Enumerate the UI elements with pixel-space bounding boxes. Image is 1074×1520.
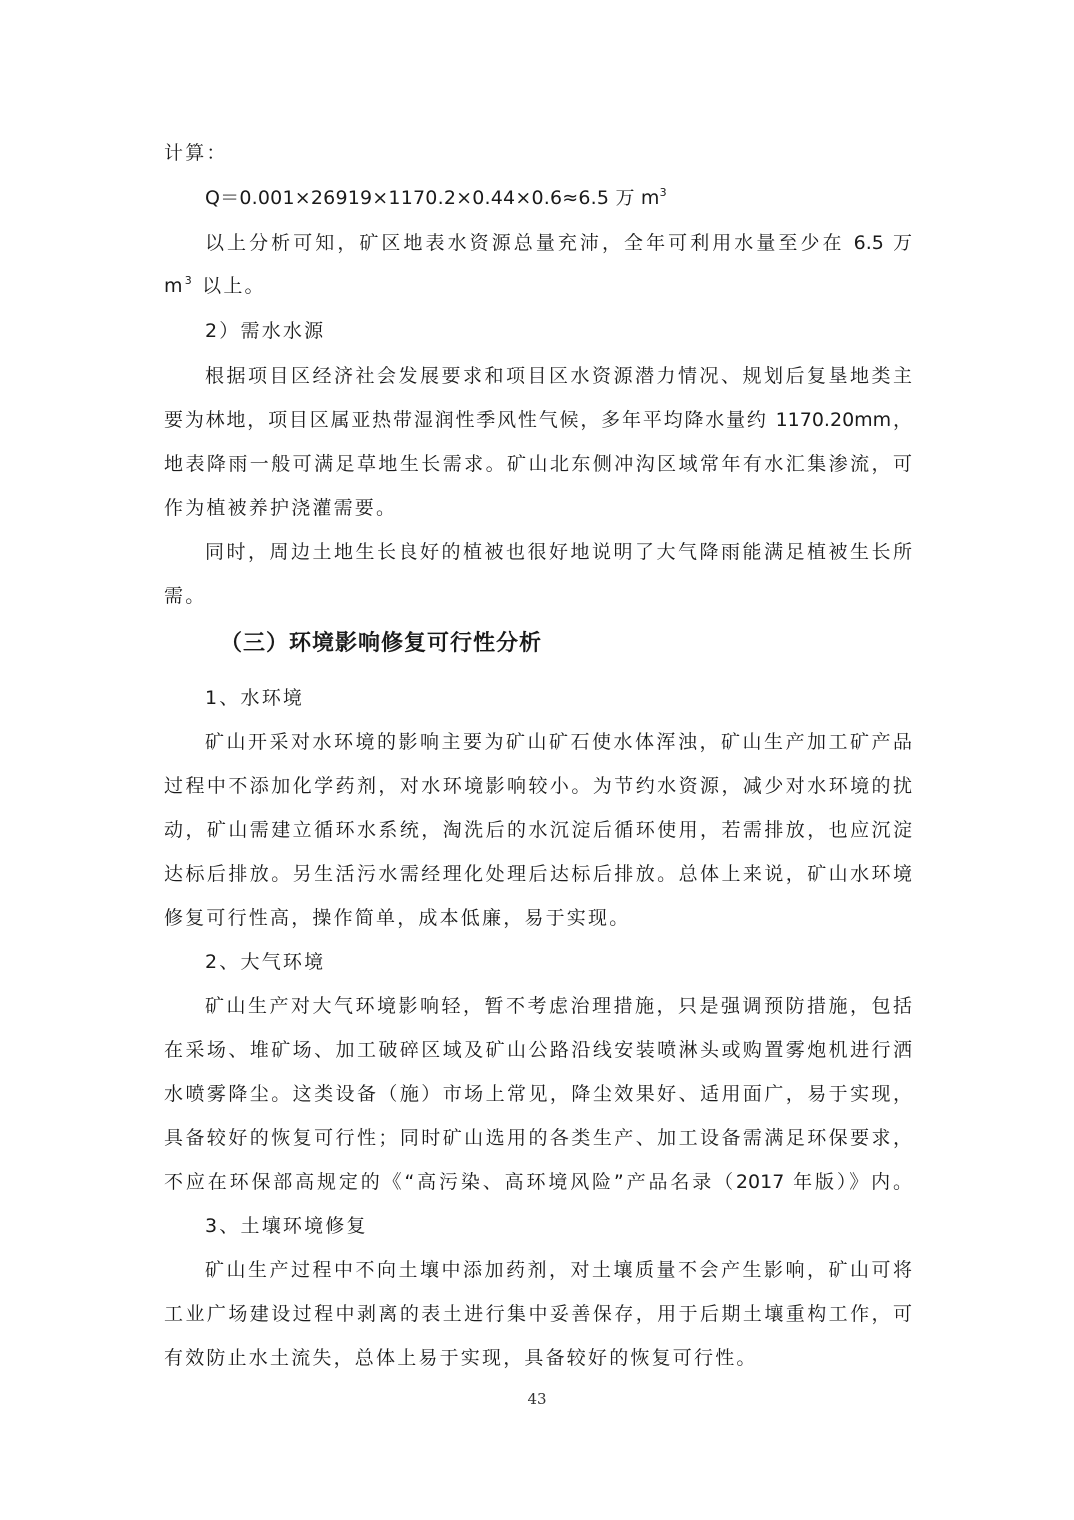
unit-superscript: 3 — [185, 274, 194, 287]
paragraph-line: 矿山开采对水环境的影响主要为矿山矿石使水体浑浊，矿山生产加工矿产品 — [205, 728, 912, 756]
unit-text: m — [164, 275, 185, 297]
paragraph-line: 工业广场建设过程中剥离的表土进行集中妥善保存，用于后期土壤重构工作，可 — [164, 1300, 912, 1328]
formula-superscript: 3 — [660, 186, 667, 199]
item-heading-air: 2、大气环境 — [205, 948, 325, 976]
section-heading: （三）环境影响修复可行性分析 — [220, 630, 542, 658]
subheading-water-demand: 2）需水水源 — [205, 317, 325, 345]
item-heading-soil: 3、土壤环境修复 — [205, 1212, 368, 1240]
paragraph-line: 矿山生产对大气环境影响轻，暂不考虑治理措施，只是强调预防措施，包括 — [205, 992, 912, 1020]
paragraph-line: 需。 — [164, 582, 206, 610]
page-number: 43 — [0, 1390, 1074, 1408]
paragraph-text: 以上。 — [194, 275, 266, 297]
paragraph-line: 具备较好的恢复可行性；同时矿山选用的各类生产、加工设备需满足环保要求， — [164, 1124, 912, 1152]
formula: Q＝0.001×26919×1170.2×0.44×0.6≈6.5 万 m3 — [205, 184, 667, 212]
calc-label: 计算： — [164, 139, 228, 167]
paragraph-line: 修复可行性高，操作简单，成本低廉，易于实现。 — [164, 904, 630, 932]
paragraph-line: 动，矿山需建立循环水系统，淘洗后的水沉淀后循环使用，若需排放，也应沉淀 — [164, 816, 912, 844]
paragraph-line: 同时，周边土地生长良好的植被也很好地说明了大气降雨能满足植被生长所 — [205, 538, 912, 566]
paragraph-line: 作为植被养护浇灌需要。 — [164, 494, 397, 522]
paragraph-line: 以上分析可知，矿区地表水资源总量充沛，全年可利用水量至少在 6.5 万 — [205, 229, 912, 257]
paragraph-line: 在采场、堆矿场、加工破碎区域及矿山公路沿线安装喷淋头或购置雾炮机进行洒 — [164, 1036, 912, 1064]
formula-text: Q＝0.001×26919×1170.2×0.44×0.6≈6.5 万 m — [205, 187, 660, 209]
paragraph-line: 地表降雨一般可满足草地生长需求。矿山北东侧冲沟区域常年有水汇集渗流，可 — [164, 450, 912, 478]
item-heading-water: 1、水环境 — [205, 684, 304, 712]
paragraph-line: 根据项目区经济社会发展要求和项目区水资源潜力情况、规划后复垦地类主 — [205, 362, 912, 390]
paragraph-line: 有效防止水土流失，总体上易于实现，具备较好的恢复可行性。 — [164, 1344, 758, 1372]
paragraph-line: 要为林地，项目区属亚热带湿润性季风性气候，多年平均降水量约 1170.20mm， — [164, 406, 912, 434]
paragraph-line: 不应在环保部高规定的《“高污染、高环境风险”产品名录（2017 年版）》内。 — [164, 1168, 912, 1196]
paragraph-line: m3 以上。 — [164, 272, 266, 300]
paragraph-line: 达标后排放。另生活污水需经理化处理后达标后排放。总体上来说，矿山水环境 — [164, 860, 912, 888]
paragraph-line: 矿山生产过程中不向土壤中添加药剂，对土壤质量不会产生影响，矿山可将 — [205, 1256, 912, 1284]
paragraph-line: 过程中不添加化学药剂，对水环境影响较小。为节约水资源，减少对水环境的扰 — [164, 772, 912, 800]
paragraph-line: 水喷雾降尘。这类设备（施）市场上常见，降尘效果好、适用面广，易于实现， — [164, 1080, 912, 1108]
